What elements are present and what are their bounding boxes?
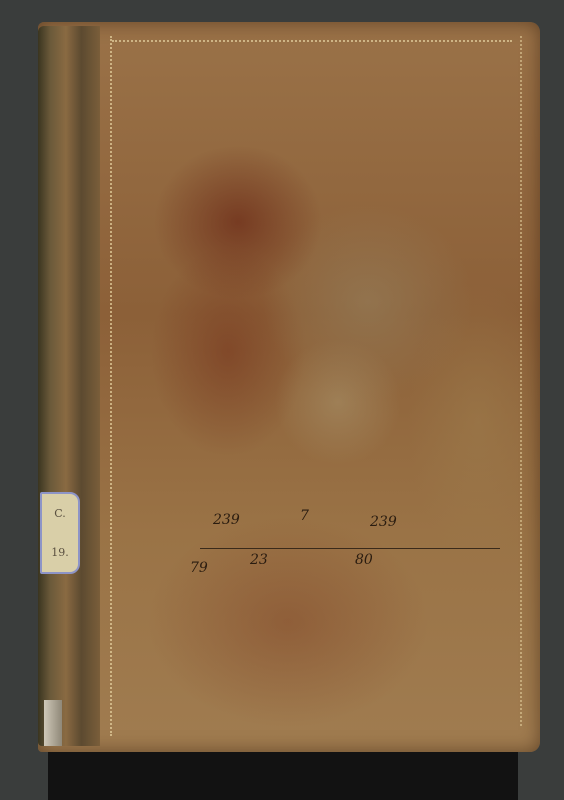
gilt-border-top [112,40,512,42]
handwriting-2: 7 [300,508,309,524]
book-cover [38,22,540,752]
handwriting-3: 239 [370,514,397,530]
gilt-border-right [520,36,522,726]
handwriting-6: 80 [355,552,373,568]
exposed-pages [44,700,62,746]
label-line-1: C. [54,507,66,520]
spine-label: C. 19. [40,492,80,574]
handwritten-rule [200,548,500,549]
handwriting-4: 79 [190,560,208,576]
handwriting-1: 239 [213,512,240,528]
label-line-2: 19. [51,546,69,559]
book-spine [38,26,100,746]
handwriting-5: 23 [250,552,268,568]
gilt-border-left [110,36,112,736]
